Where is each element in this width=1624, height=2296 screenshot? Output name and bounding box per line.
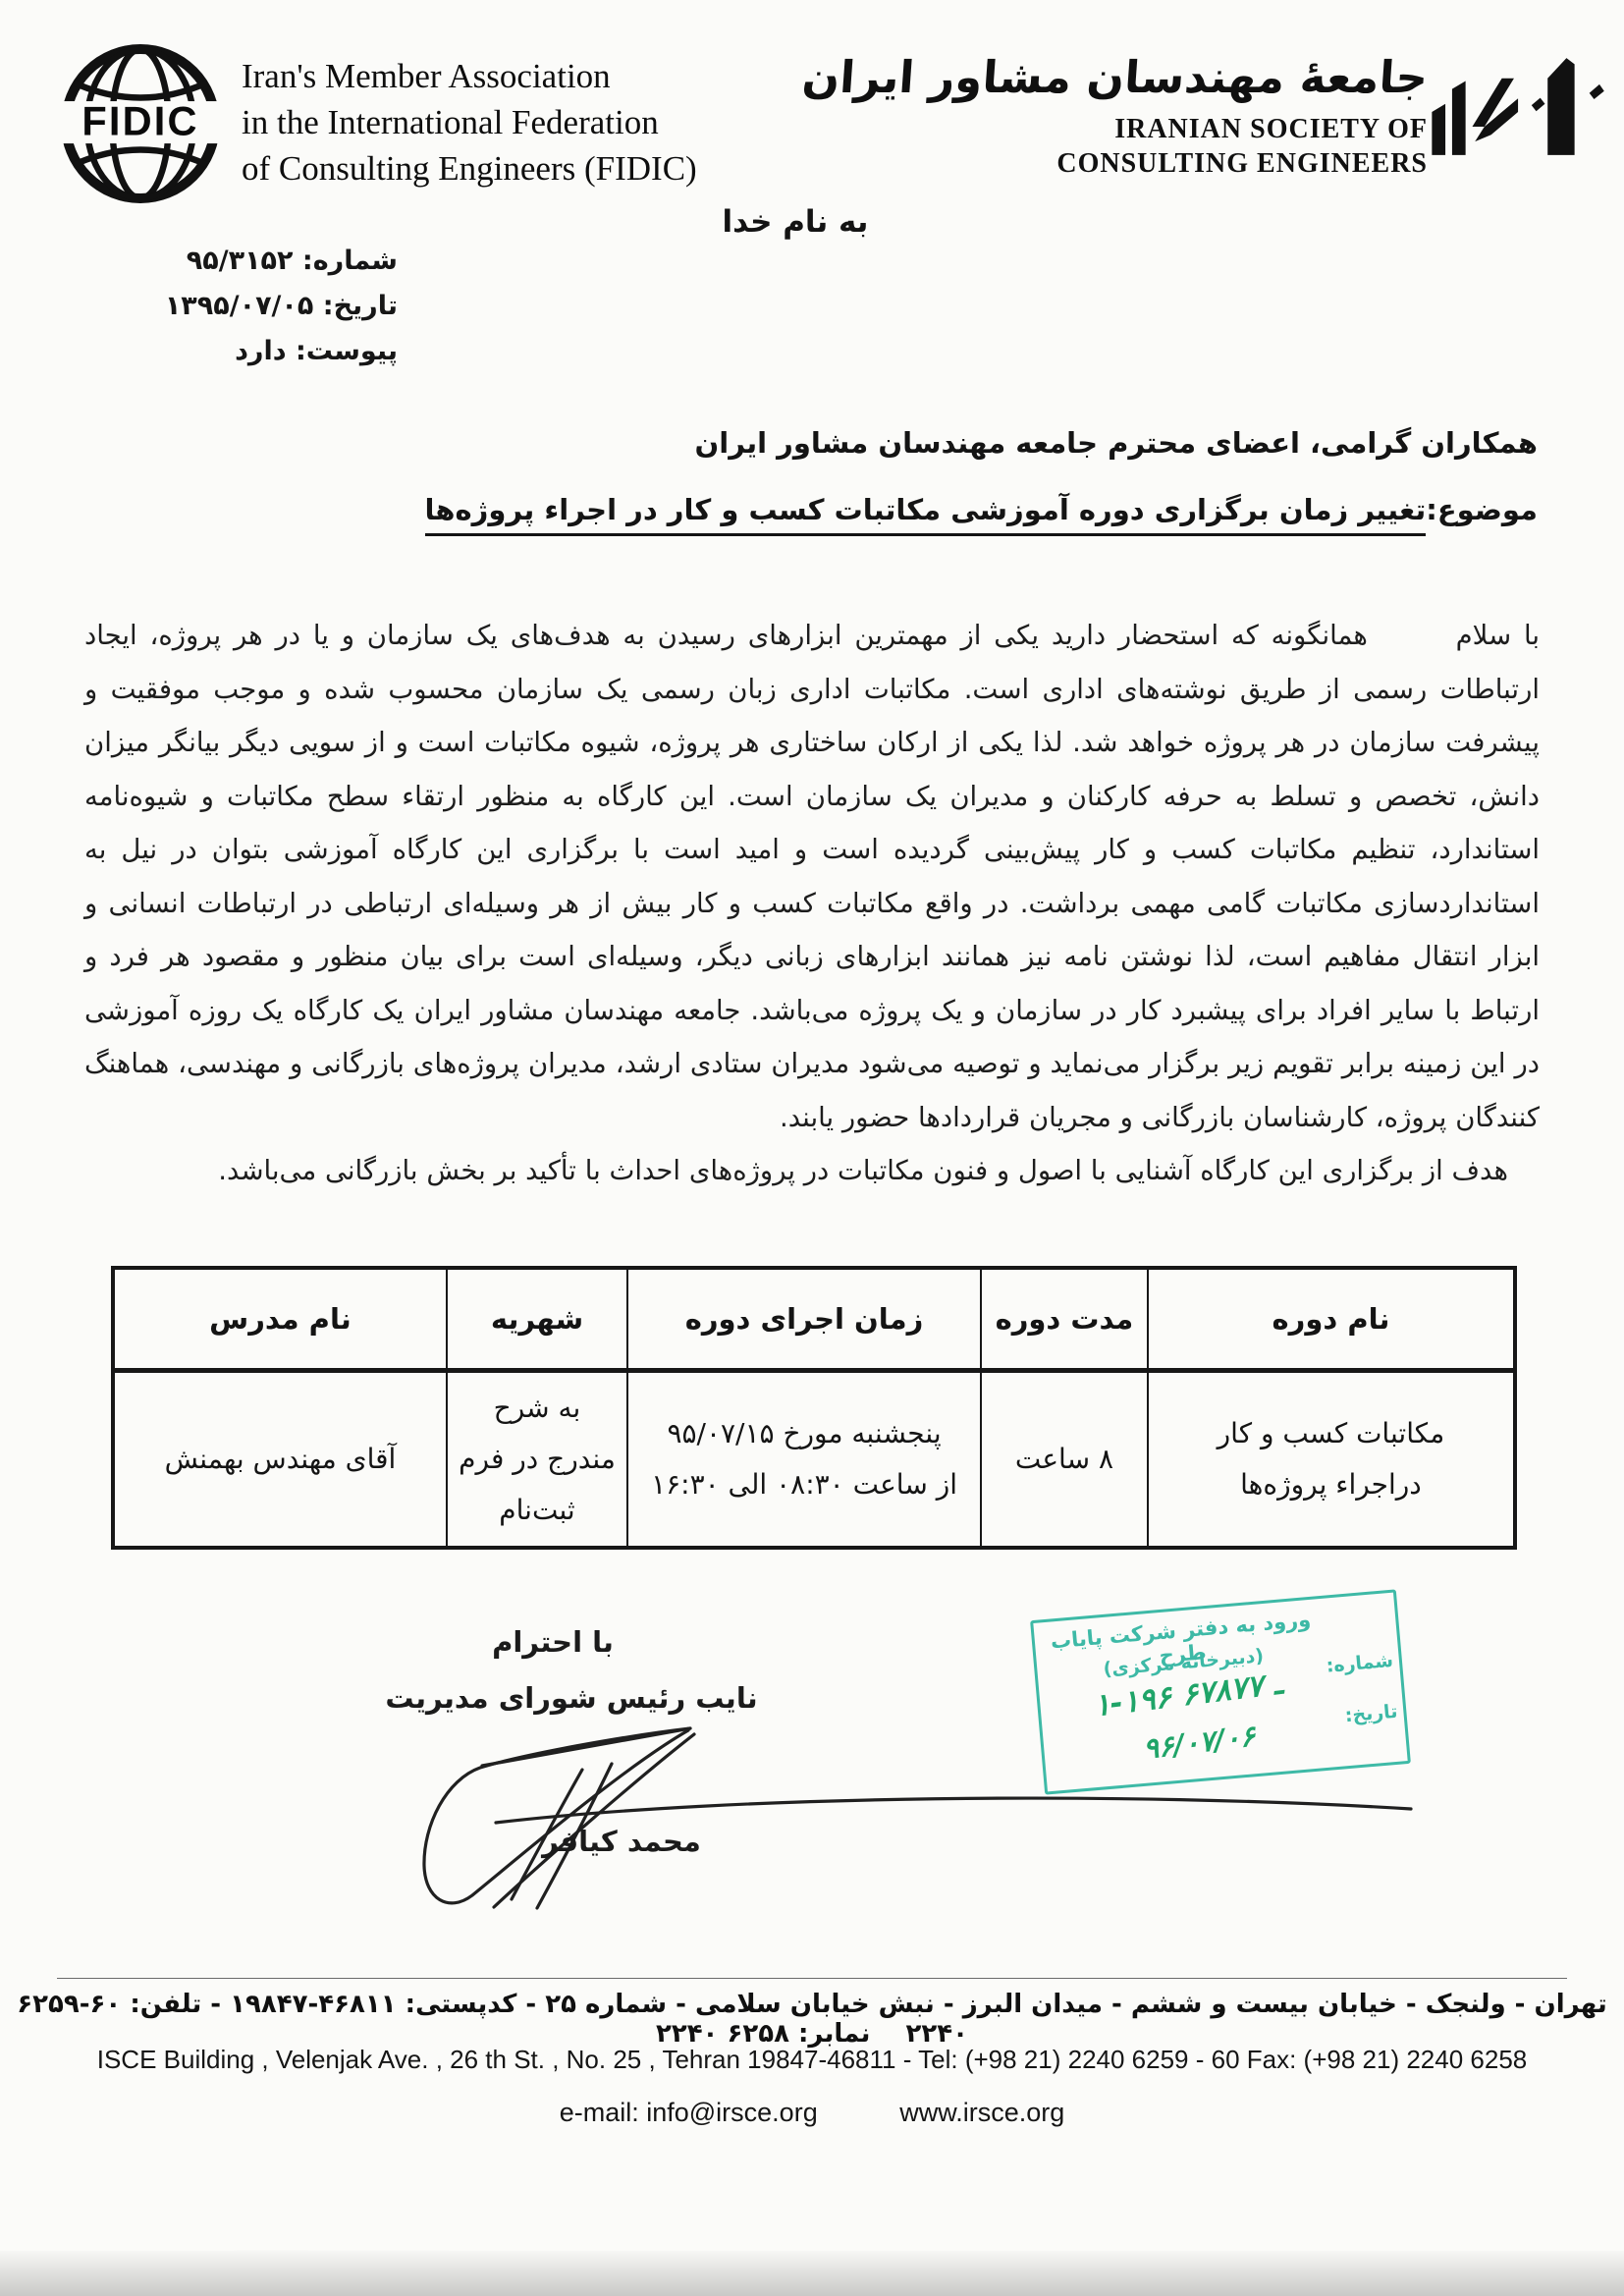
fee-line3: ثبت‌نام xyxy=(456,1485,619,1536)
cell-fee: به شرح مندرج در فرم ثبت‌نام xyxy=(447,1371,627,1549)
scanned-letter-page: FIDIC Iran's Member Association in the I… xyxy=(0,0,1624,2296)
received-stamp: ورود به دفتر شرکت پایاب طرح (دبیرخانه مر… xyxy=(1030,1589,1411,1794)
fidic-line-1: Iran's Member Association xyxy=(242,53,697,99)
signatory-name: محمد کیافر xyxy=(528,1825,715,1858)
schedule-line2: از ساعت ۰۸:۳۰ الی ۱۶:۳۰ xyxy=(636,1459,972,1510)
reference-block: شماره: ۹۵/۳۱۵۲ تاریخ: ۱۳۹۵/۰۷/۰۵ پیوست: … xyxy=(165,239,398,374)
letter-goal-line: هدف از برگزاری این کارگاه آشنایی با اصول… xyxy=(84,1144,1540,1198)
letter-body-paragraph: با سلام همانگونه که استحضار دارید یکی از… xyxy=(84,609,1540,1144)
subject-label: موضوع: xyxy=(1426,493,1538,526)
isce-logo-icon xyxy=(1431,27,1612,175)
salutation-line: همکاران گرامی، اعضای محترم جامعه مهندسان… xyxy=(695,426,1539,460)
fidic-line-2: in the International Federation xyxy=(242,99,697,145)
course-table-header-row: نام دوره مدت دوره زمان اجرای دوره شهریه … xyxy=(113,1268,1515,1371)
letter-date: تاریخ: ۱۳۹۵/۰۷/۰۵ xyxy=(165,284,398,329)
header-fee: شهریه xyxy=(447,1268,627,1371)
fee-line2: مندرج در فرم xyxy=(456,1434,619,1485)
cell-duration: ۸ ساعت xyxy=(981,1371,1148,1549)
header-schedule: زمان اجرای دوره xyxy=(627,1268,981,1371)
fidic-line-3: of Consulting Engineers (FIDIC) xyxy=(242,145,697,191)
footer-address-en: ISCE Building , Velenjak Ave. , 26 th St… xyxy=(0,2045,1624,2075)
letter-attachment: پیوست: دارد xyxy=(165,329,398,374)
cell-schedule: پنجشنبه مورخ ۹۵/۰۷/۱۵ از ساعت ۰۸:۳۰ الی … xyxy=(627,1371,981,1549)
isce-english-title-line2: CONSULTING ENGINEERS xyxy=(802,146,1428,181)
cell-course-name: مکاتبات کسب و کار دراجراء پروژه‌ها xyxy=(1148,1371,1515,1549)
cell-instructor: آقای مهندس بهمنش xyxy=(113,1371,447,1549)
footer-address-fa: تهران - ولنجک - خیابان بیست و ششم - میدا… xyxy=(0,1990,1624,2049)
scan-edge-band xyxy=(0,2251,1624,2296)
footer-email: e-mail: info@irsce.org xyxy=(560,2098,818,2127)
fidic-globe-icon: FIDIC xyxy=(56,39,225,208)
signature-respect: با احترام xyxy=(420,1625,685,1659)
stamp-number-label: شماره: xyxy=(1326,1650,1394,1677)
footer-divider xyxy=(57,1978,1567,1979)
stamp-date-label: تاریخ: xyxy=(1344,1701,1398,1727)
course-name-line2: دراجراء پروژه‌ها xyxy=(1157,1459,1505,1510)
footer-website: www.irsce.org xyxy=(899,2098,1064,2127)
letter-body-wrap: با سلام همانگونه که استحضار دارید یکی از… xyxy=(84,609,1540,1198)
letter-number: شماره: ۹۵/۳۱۵۲ xyxy=(165,239,398,284)
schedule-line1: پنجشنبه مورخ ۹۵/۰۷/۱۵ xyxy=(636,1408,972,1459)
course-table: نام دوره مدت دوره زمان اجرای دوره شهریه … xyxy=(111,1266,1517,1550)
isce-header-block: جامعۀ مهندسان مشاور ایران IRANIAN SOCIET… xyxy=(802,49,1428,181)
fee-line1: به شرح xyxy=(456,1383,619,1434)
header-course-name: نام دوره xyxy=(1148,1268,1515,1371)
header-duration: مدت دوره xyxy=(981,1268,1148,1371)
course-table-row: مکاتبات کسب و کار دراجراء پروژه‌ها ۸ ساع… xyxy=(113,1371,1515,1549)
subject-line: موضوع:تغییر زمان برگزاری دوره آموزشی مکا… xyxy=(425,493,1538,526)
fidic-membership-text: Iran's Member Association in the Interna… xyxy=(242,53,697,191)
besmellah-text: به نام خدا xyxy=(0,204,1591,240)
isce-calligraphy-title: جامعۀ مهندسان مشاور ایران xyxy=(800,49,1430,106)
subject-text: تغییر زمان برگزاری دوره آموزشی مکاتبات ک… xyxy=(425,493,1427,536)
fidic-acronym: FIDIC xyxy=(81,97,198,143)
course-name-line1: مکاتبات کسب و کار xyxy=(1157,1408,1505,1459)
footer-contact-row: e-mail: info@irsce.org www.irsce.org xyxy=(0,2098,1624,2128)
header-instructor: نام مدرس xyxy=(113,1268,447,1371)
isce-english-title-line1: IRANIAN SOCIETY OF xyxy=(802,112,1428,146)
